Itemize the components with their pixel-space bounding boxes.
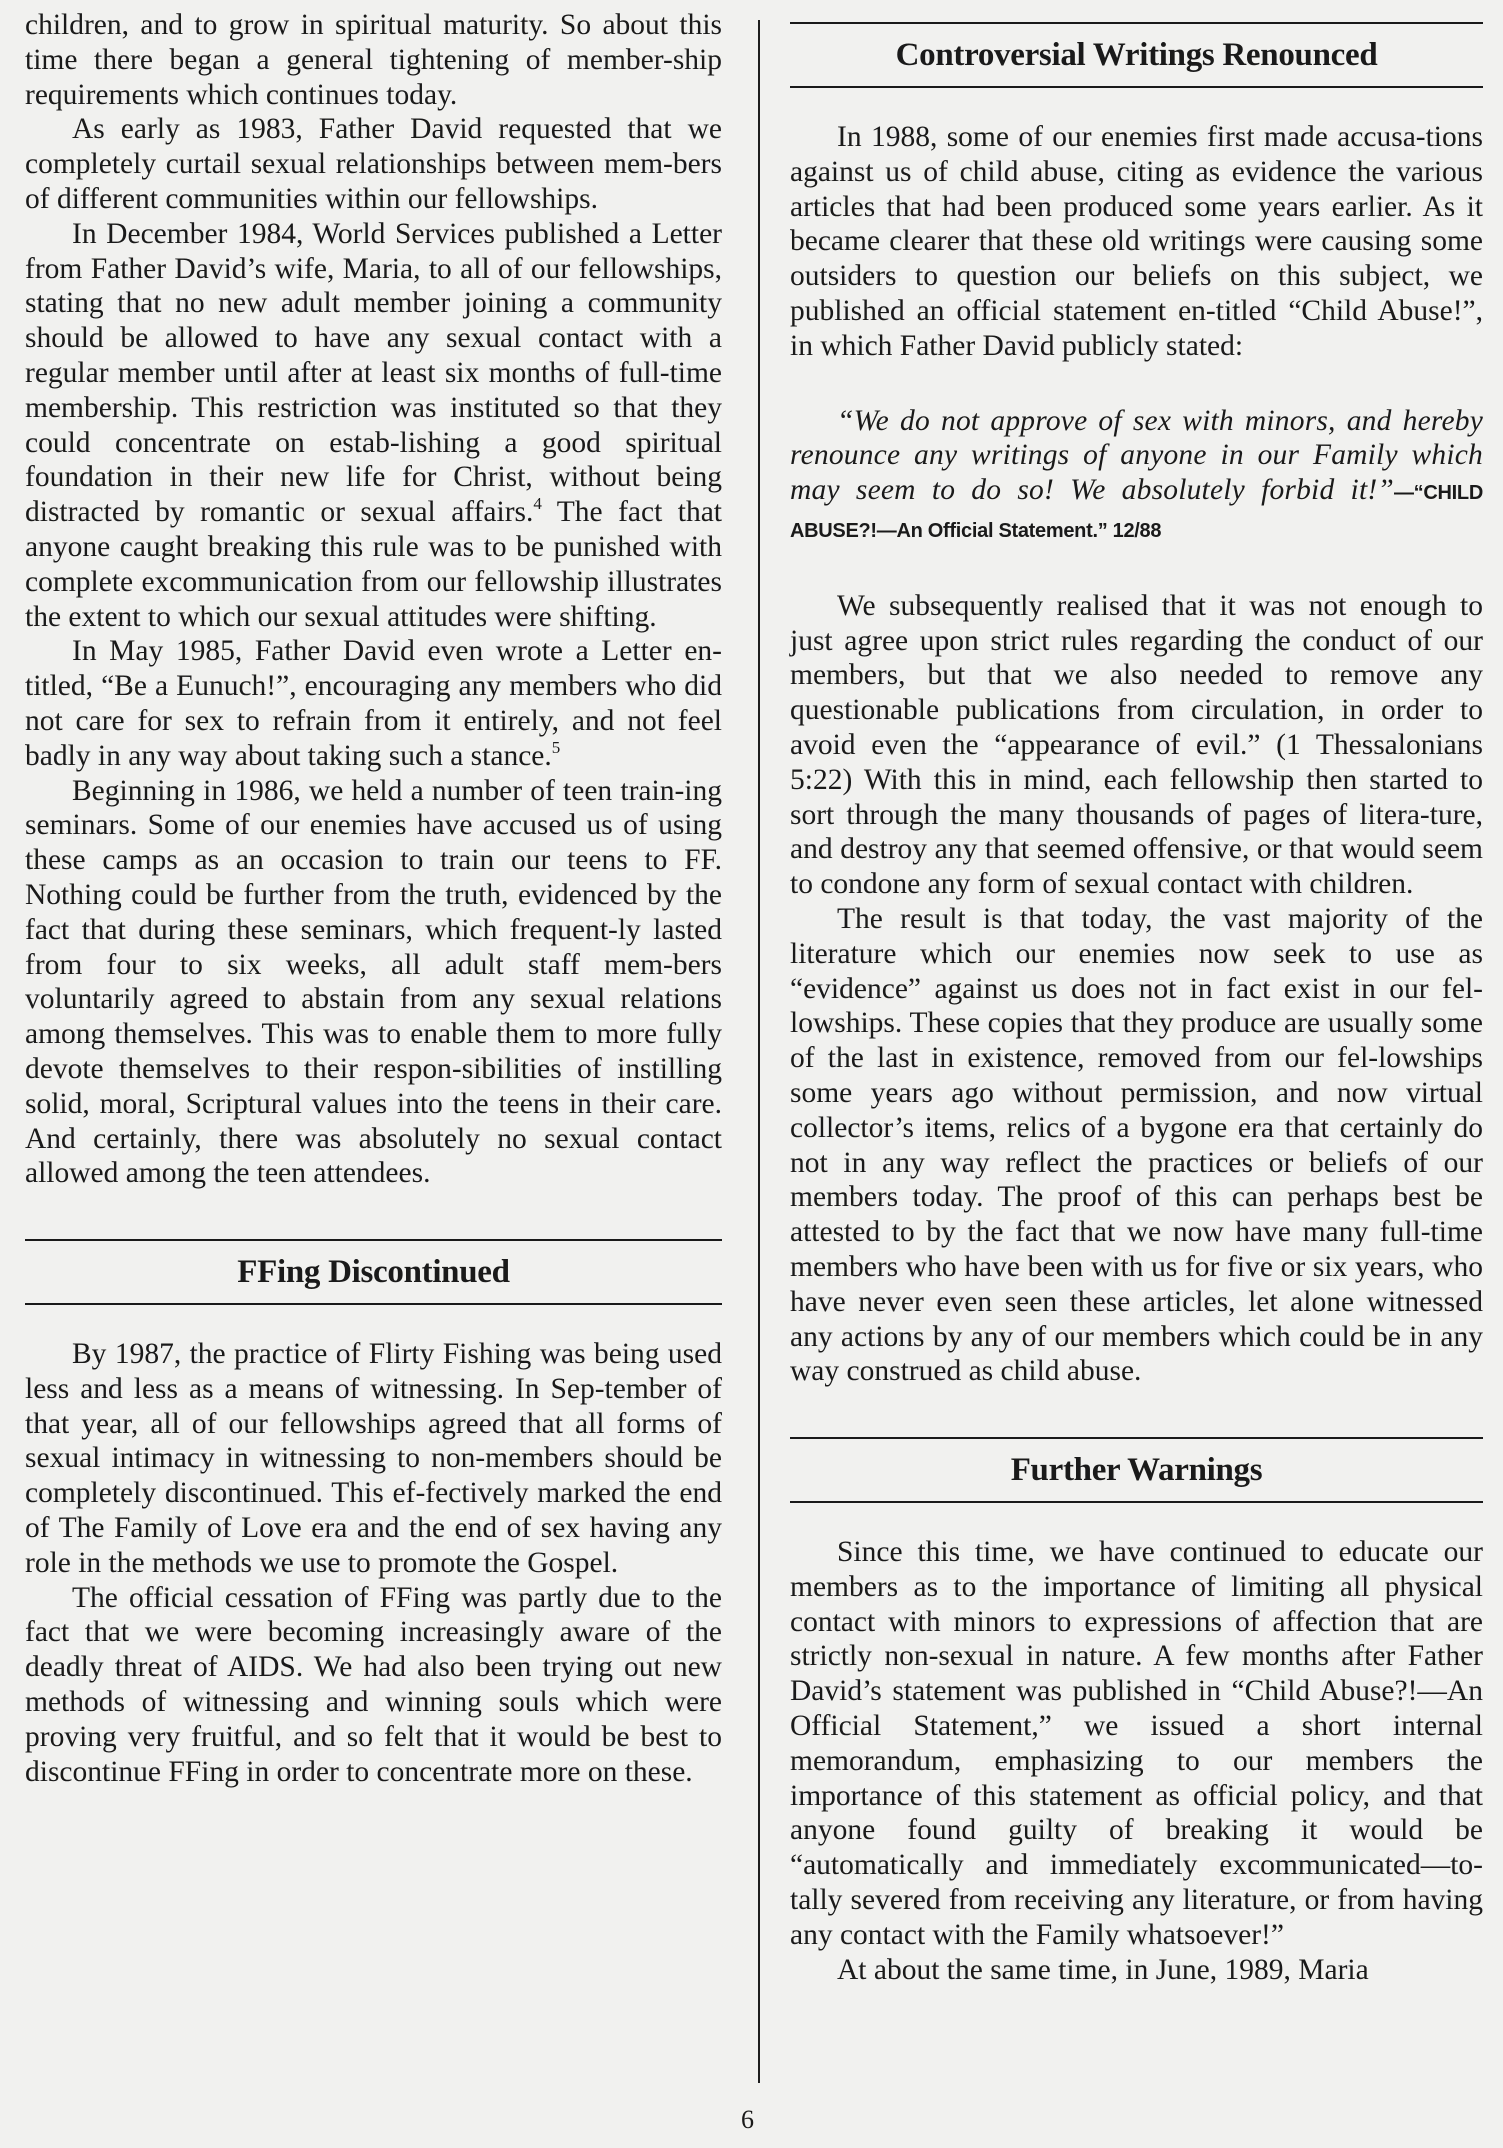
footnote-marker: 4 — [533, 494, 542, 513]
paragraph: children, and to grow in spiritual matur… — [25, 8, 722, 112]
paragraph-text: In May 1985, Father David even wrote a L… — [25, 635, 722, 771]
footnote-marker: 5 — [552, 738, 561, 757]
paragraph: In December 1984, World Services publish… — [25, 217, 722, 635]
page-number: 6 — [741, 2105, 754, 2135]
section-heading-warnings: Further Warnings — [790, 1437, 1483, 1503]
section-heading-controversial: Controversial Writings Renounced — [790, 22, 1483, 88]
paragraph: At about the same time, in June, 1989, M… — [790, 1953, 1483, 1988]
paragraph: In May 1985, Father David even wrote a L… — [25, 634, 722, 773]
quote-text: “We do not approve of sex with minors, a… — [790, 405, 1483, 507]
paragraph: In 1988, some of our enemies first made … — [790, 120, 1483, 364]
paragraph: We subsequently realised that it was not… — [790, 589, 1483, 902]
block-quote: “We do not approve of sex with minors, a… — [790, 364, 1483, 589]
right-column: Controversial Writings Renounced In 1988… — [790, 22, 1483, 1987]
section-heading-ffing: FFing Discontinued — [25, 1239, 722, 1305]
paragraph-text: In December 1984, World Services publish… — [25, 218, 722, 528]
paragraph: Since this time, we have continued to ed… — [790, 1535, 1483, 1953]
paragraph: Beginning in 1986, we held a number of t… — [25, 774, 722, 1192]
paragraph: The result is that today, the vast major… — [790, 902, 1483, 1389]
section-title: Controversial Writings Renounced — [790, 24, 1483, 86]
section-title: FFing Discontinued — [25, 1241, 722, 1303]
column-divider — [758, 20, 760, 2083]
left-column: children, and to grow in spiritual matur… — [25, 8, 722, 1789]
paragraph: By 1987, the practice of Flirty Fishing … — [25, 1337, 722, 1581]
paragraph: As early as 1983, Father David requested… — [25, 112, 722, 216]
quote: “We do not approve of sex with minors, a… — [790, 404, 1483, 549]
paragraph: The official cessation of FFing was part… — [25, 1581, 722, 1790]
section-title: Further Warnings — [790, 1439, 1483, 1501]
